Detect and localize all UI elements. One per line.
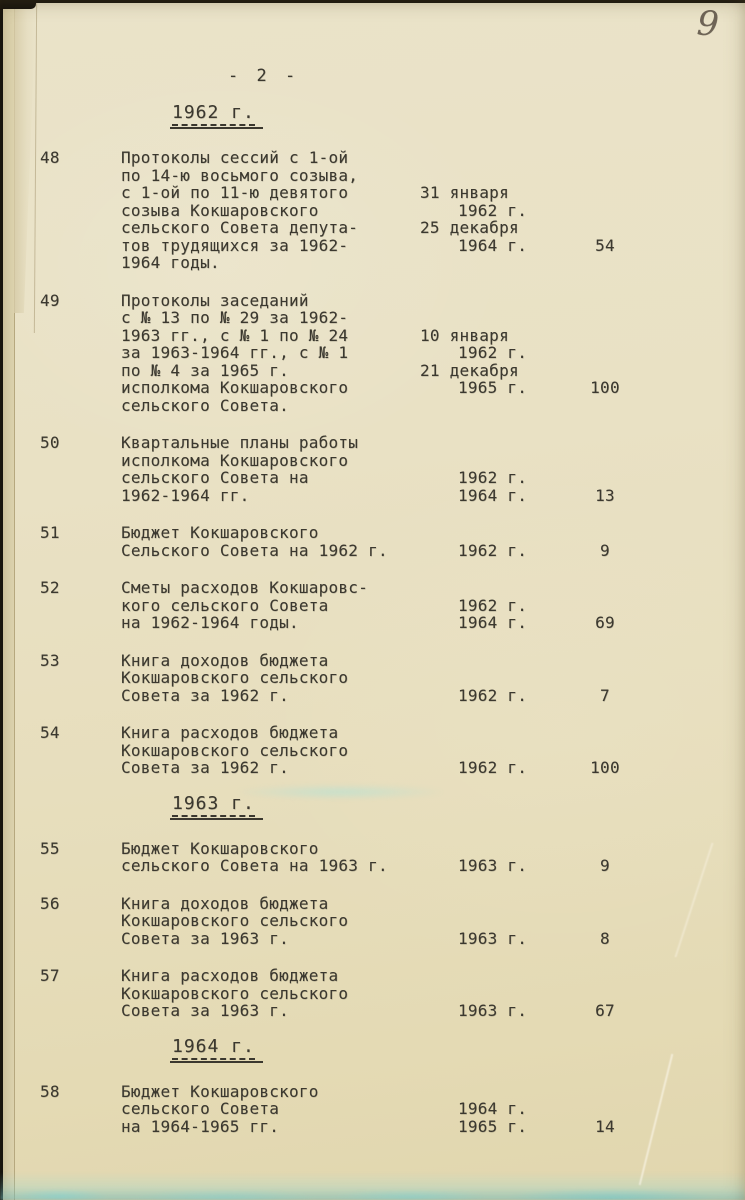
item-dates: 1963 г. — [420, 895, 585, 948]
description-line: Бюджет Кокшаровского — [121, 1083, 451, 1101]
year-section-1962: 1962 г.48Протоколы сессий с 1-ойпо 14-ю … — [0, 102, 745, 777]
description-line: на 1962-1964 годы. — [121, 614, 451, 632]
inventory-item-55: 55Бюджет Кокшаровскогосельского Совета н… — [0, 840, 745, 875]
scan-artifact-mid — [235, 784, 445, 800]
item-pages-count: 67 — [575, 967, 635, 1020]
item-dates: 1962 г. — [420, 524, 585, 559]
description-line: Книга доходов бюджета — [121, 652, 451, 670]
inventory-item-53: 53Книга доходов бюджетаКокшаровского сел… — [0, 652, 745, 705]
date-line: 1962 г. — [458, 597, 527, 615]
year-heading-row: 1964 г. — [0, 1036, 745, 1063]
date-line: 1962 г. — [458, 687, 527, 705]
date-line: 1964 г. — [458, 487, 527, 505]
description-line: 1962-1964 гг. — [121, 487, 451, 505]
inventory-item-50: 50Квартальные планы работыисполкома Кокш… — [0, 434, 745, 504]
date-line: 25 декабря — [420, 219, 519, 237]
description-line: кого сельского Совета — [121, 597, 451, 615]
date-line: 1962 г. — [458, 202, 527, 220]
item-description: Книга расходов бюджетаКокшаровского сель… — [121, 967, 451, 1020]
inventory-table: 1962 г.48Протоколы сессий с 1-ойпо 14-ю … — [0, 102, 745, 1135]
date-line: 1962 г. — [458, 542, 527, 560]
year-heading: 1962 г. — [170, 102, 263, 129]
pages-count-value: 8 — [575, 930, 635, 948]
item-description: Протоколы заседанийс № 13 по № 29 за 196… — [121, 292, 451, 415]
description-line: Сельского Совета на 1962 г. — [121, 542, 451, 560]
item-dates: 1962 г.1964 г. — [420, 579, 585, 632]
item-description: Бюджет КокшаровскогоСельского Совета на … — [121, 524, 451, 559]
description-line: Протоколы сессий с 1-ой — [121, 149, 451, 167]
pages-count-value: 100 — [575, 379, 635, 397]
inventory-item-54: 54Книга расходов бюджетаКокшаровского се… — [0, 724, 745, 777]
description-line: сельского Совета. — [121, 397, 451, 415]
item-pages-count: 7 — [575, 652, 635, 705]
item-pages-count: 100 — [575, 292, 635, 415]
pages-count-value: 14 — [575, 1118, 635, 1136]
description-line: Книга расходов бюджета — [121, 967, 451, 985]
date-line: 1965 г. — [458, 379, 527, 397]
year-section-1963: 1963 г.55Бюджет Кокшаровскогосельского С… — [0, 793, 745, 1020]
item-description: Протоколы сессий с 1-ойпо 14-ю восьмого … — [121, 149, 451, 272]
item-pages-count: 14 — [575, 1083, 635, 1136]
item-description: Сметы расходов Кокшаровс-кого сельского … — [121, 579, 451, 632]
inventory-item-51: 51Бюджет КокшаровскогоСельского Совета н… — [0, 524, 745, 559]
date-line: 1964 г. — [458, 237, 527, 255]
year-heading-row: 1962 г. — [0, 102, 745, 129]
inventory-item-49: 49Протоколы заседанийс № 13 по № 29 за 1… — [0, 292, 745, 415]
inventory-item-52: 52Сметы расходов Кокшаровс-кого сельског… — [0, 579, 745, 632]
item-number: 54 — [40, 724, 60, 742]
item-dates: 31 января1962 г.25 декабря1964 г. — [420, 149, 585, 272]
description-line: Квартальные планы работы — [121, 434, 451, 452]
item-dates: 1964 г.1965 г. — [420, 1083, 585, 1136]
description-line: Кокшаровского сельского — [121, 912, 451, 930]
description-line: 1963 гг., с № 1 по № 24 — [121, 327, 451, 345]
inventory-item-58: 58Бюджет Кокшаровскогосельского Советана… — [0, 1083, 745, 1136]
date-line: 1963 г. — [458, 857, 527, 875]
item-dates: 1963 г. — [420, 967, 585, 1020]
item-pages-count: 69 — [575, 579, 635, 632]
item-pages-count: 9 — [575, 524, 635, 559]
pages-count-value: 13 — [575, 487, 635, 505]
item-pages-count: 100 — [575, 724, 635, 777]
pages-count-value: 69 — [575, 614, 635, 632]
description-line: Совета за 1963 г. — [121, 930, 451, 948]
description-line: по 14-ю восьмого созыва, — [121, 167, 451, 185]
item-description: Бюджет Кокшаровскогосельского Советана 1… — [121, 1083, 451, 1136]
item-dates: 1962 г.1964 г. — [420, 434, 585, 504]
description-line: Совета за 1962 г. — [121, 687, 451, 705]
item-number: 52 — [40, 579, 60, 597]
pages-count-value: 9 — [575, 857, 635, 875]
date-line: 31 января — [420, 184, 509, 202]
description-line: созыва Кокшаровского — [121, 202, 451, 220]
item-pages-count: 9 — [575, 840, 635, 875]
item-number: 49 — [40, 292, 60, 310]
description-line: за 1963-1964 гг., с № 1 — [121, 344, 451, 362]
description-line: на 1964-1965 гг. — [121, 1118, 451, 1136]
item-number: 50 — [40, 434, 60, 452]
item-description: Бюджет Кокшаровскогосельского Совета на … — [121, 840, 451, 875]
date-line: 1963 г. — [458, 1002, 527, 1020]
item-dates: 10 января1962 г.21 декабря1965 г. — [420, 292, 585, 415]
item-description: Квартальные планы работыисполкома Кокшар… — [121, 434, 451, 504]
item-number: 57 — [40, 967, 60, 985]
scan-edge-top — [0, 0, 745, 3]
item-pages-count: 13 — [575, 434, 635, 504]
description-line: Бюджет Кокшаровского — [121, 840, 451, 858]
date-line: 1964 г. — [458, 1100, 527, 1118]
item-number: 53 — [40, 652, 60, 670]
description-line: Протоколы заседаний — [121, 292, 451, 310]
description-line: по № 4 за 1965 г. — [121, 362, 451, 380]
description-line: Книга доходов бюджета — [121, 895, 451, 913]
date-line: 1964 г. — [458, 614, 527, 632]
description-line: Кокшаровского сельского — [121, 742, 451, 760]
inventory-item-56: 56Книга доходов бюджетаКокшаровского сел… — [0, 895, 745, 948]
inventory-item-48: 48Протоколы сессий с 1-ойпо 14-ю восьмог… — [0, 149, 745, 272]
description-line: 1964 годы. — [121, 254, 451, 272]
description-line: с 1-ой по 11-ю девятого — [121, 184, 451, 202]
item-dates: 1962 г. — [420, 724, 585, 777]
item-dates: 1963 г. — [420, 840, 585, 875]
year-section-1964: 1964 г.58Бюджет Кокшаровскогосельского С… — [0, 1036, 745, 1136]
item-pages-count: 8 — [575, 895, 635, 948]
date-line: 1965 г. — [458, 1118, 527, 1136]
description-line: сельского Совета депута- — [121, 219, 451, 237]
description-line: Совета за 1963 г. — [121, 1002, 451, 1020]
description-line: сельского Совета на 1963 г. — [121, 857, 451, 875]
description-line: Бюджет Кокшаровского — [121, 524, 451, 542]
date-line: 1962 г. — [458, 344, 527, 362]
scan-edge-corner — [0, 0, 36, 9]
item-description: Книга доходов бюджетаКокшаровского сельс… — [121, 895, 451, 948]
description-line: Кокшаровского сельского — [121, 669, 451, 687]
item-number: 51 — [40, 524, 60, 542]
scan-artifact-bottom — [0, 1172, 745, 1200]
date-line: 1962 г. — [458, 469, 527, 487]
description-line: исполкома Кокшаровского — [121, 379, 451, 397]
sheet-number-handwritten: 9 — [696, 3, 720, 44]
inventory-item-57: 57Книга расходов бюджетаКокшаровского се… — [0, 967, 745, 1020]
date-line: 10 января — [420, 327, 509, 345]
item-number: 56 — [40, 895, 60, 913]
description-line: сельского Совета на — [121, 469, 451, 487]
scanned-page: 9 - 2 - 1962 г.48Протоколы сессий с 1-ой… — [0, 0, 745, 1200]
item-dates: 1962 г. — [420, 652, 585, 705]
date-line: 1962 г. — [458, 759, 527, 777]
page-number: - 2 - — [228, 66, 745, 86]
item-description: Книга расходов бюджетаКокшаровского сель… — [121, 724, 451, 777]
description-line: Совета за 1962 г. — [121, 759, 451, 777]
date-line: 1963 г. — [458, 930, 527, 948]
item-number: 58 — [40, 1083, 60, 1101]
description-line: Книга расходов бюджета — [121, 724, 451, 742]
description-line: исполкома Кокшаровского — [121, 452, 451, 470]
item-pages-count: 54 — [575, 149, 635, 272]
date-line: 21 декабря — [420, 362, 519, 380]
year-heading: 1964 г. — [170, 1036, 263, 1063]
item-number: 55 — [40, 840, 60, 858]
pages-count-value: 54 — [575, 237, 635, 255]
description-line: Сметы расходов Кокшаровс- — [121, 579, 451, 597]
pages-count-value: 9 — [575, 542, 635, 560]
item-description: Книга доходов бюджетаКокшаровского сельс… — [121, 652, 451, 705]
description-line: тов трудящихся за 1962- — [121, 237, 451, 255]
pages-count-value: 7 — [575, 687, 635, 705]
pages-count-value: 67 — [575, 1002, 635, 1020]
description-line: Кокшаровского сельского — [121, 985, 451, 1003]
description-line: с № 13 по № 29 за 1962- — [121, 309, 451, 327]
pages-count-value: 100 — [575, 759, 635, 777]
description-line: сельского Совета — [121, 1100, 451, 1118]
item-number: 48 — [40, 149, 60, 167]
